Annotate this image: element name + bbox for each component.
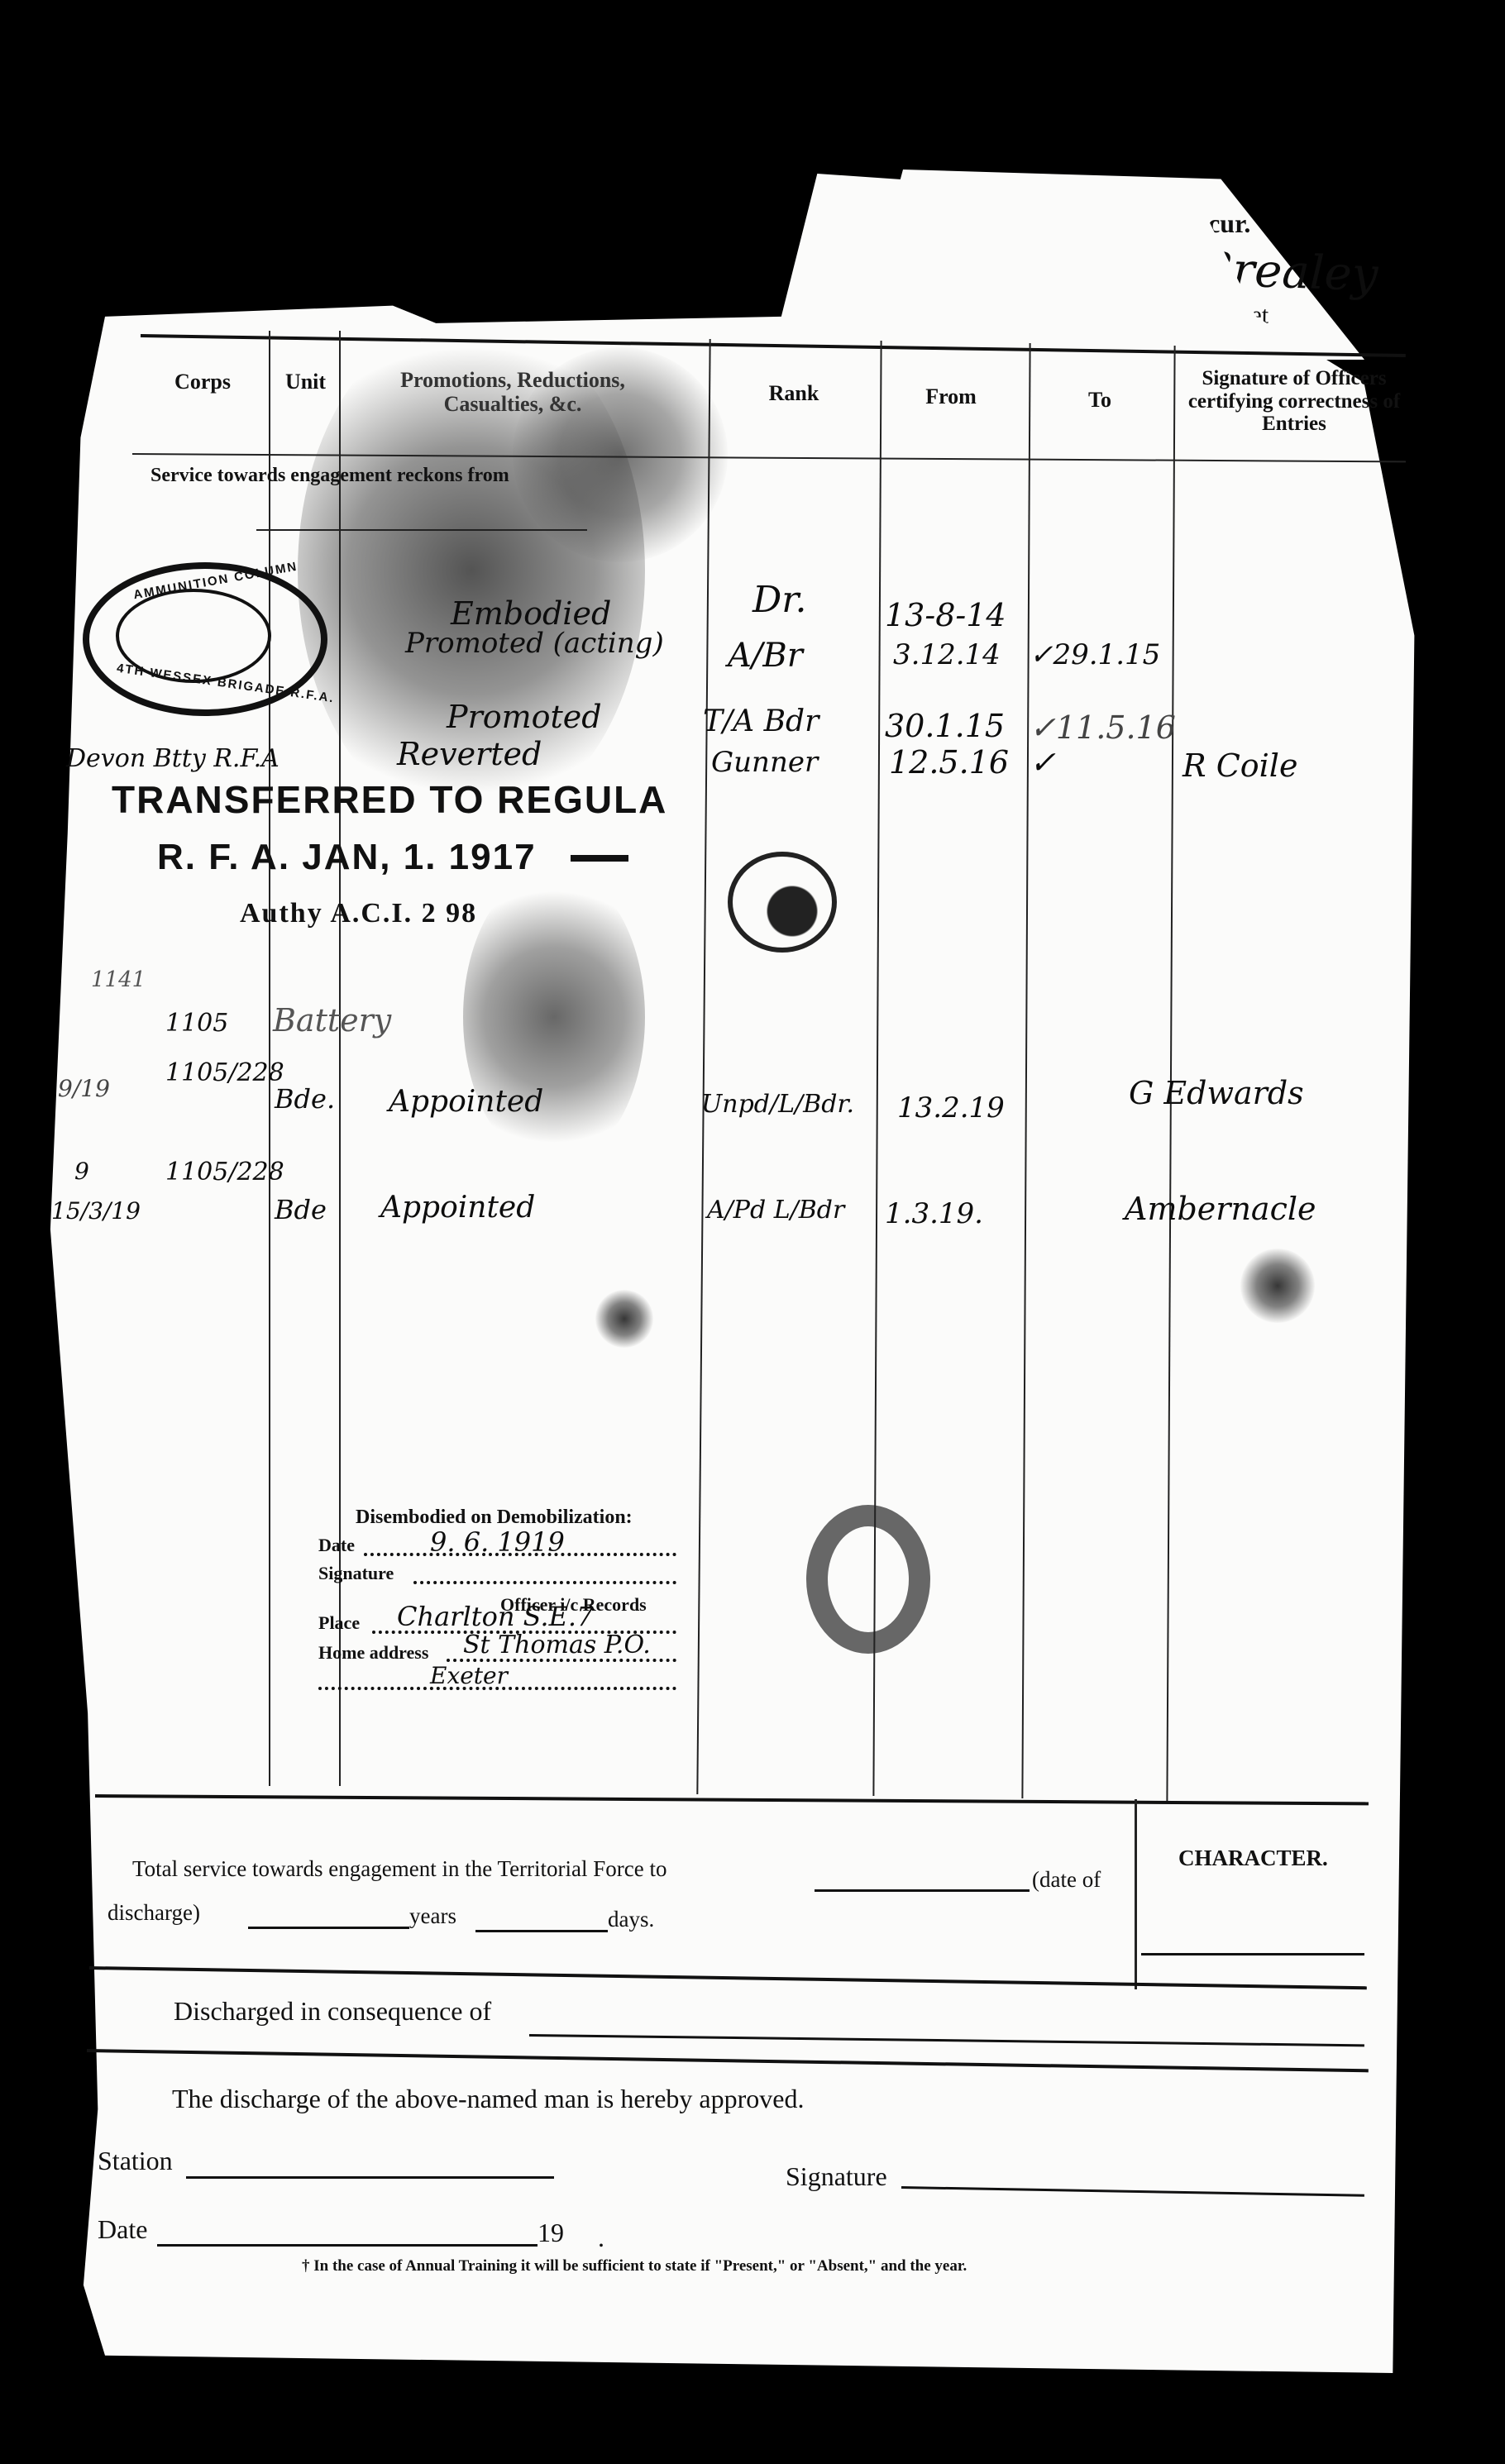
row4-corps: Devon Btty R.F.A — [66, 744, 279, 773]
row7-corps: 1105/228 — [165, 1158, 284, 1187]
service-row-label: Service towards engagement reckons from — [150, 465, 509, 487]
signature-label: Signature — [786, 2161, 887, 2192]
demob-home-field-2 — [318, 1687, 676, 1690]
discharge-label: discharge) — [107, 1900, 200, 1926]
row7-rank: A/Pd L/Bdr — [707, 1196, 844, 1225]
service-row-underline — [256, 529, 587, 531]
row4-rank: Gunner — [711, 746, 818, 779]
year-prefix: 19 — [537, 2218, 564, 2248]
transfer-stamp-line2: R. F. A. JAN, 1. 1917 — [157, 837, 537, 878]
header-unit: Unit — [275, 370, 337, 394]
row7-signature: Ambernacle — [1125, 1191, 1316, 1227]
demob-signature-field — [413, 1581, 676, 1584]
header-signature: Signature of Officers certifying correct… — [1178, 367, 1410, 436]
header-promotions: Promotions, Reductions, Casualties, &c. — [356, 369, 670, 416]
row5-unit: Battery — [273, 1002, 391, 1039]
margin-note: 15/3/19 — [51, 1197, 141, 1225]
row6-unit: Bde. — [275, 1083, 335, 1115]
ink-blot — [728, 852, 837, 953]
discharged-consequence-label: Discharged in consequence of — [174, 1996, 491, 2027]
footnote: † In the case of Annual Training it will… — [302, 2257, 967, 2275]
row5-corps: 1105 — [165, 1009, 228, 1038]
date-label: Date — [98, 2214, 147, 2245]
approval-text: The discharge of the above-named man is … — [172, 2084, 804, 2114]
row7-unit: Bde — [275, 1194, 327, 1225]
row1-from: 13-8-14 — [885, 597, 1006, 633]
days-label: days. — [608, 1907, 654, 1932]
row3-rank: T/A Bdr — [703, 704, 819, 738]
row4-signature: R Coile — [1182, 747, 1297, 784]
row3-to: ✓11.5.16 — [1030, 709, 1176, 746]
row6-rank: Unpd/L/Bdr. — [701, 1090, 854, 1119]
demob-place-label: Place — [318, 1612, 360, 1634]
character-label: CHARACTER. — [1178, 1846, 1328, 1871]
row2-event: Promoted (acting) — [405, 627, 664, 660]
demob-date-value: 9. 6. 1919 — [430, 1526, 565, 1558]
row6-event: Appointed — [389, 1085, 543, 1119]
margin-note: 9/19 — [58, 1075, 110, 1102]
ink-stain — [1240, 1249, 1315, 1323]
row3-event: Promoted — [447, 699, 602, 735]
date-of-discharge-field — [815, 1889, 1030, 1892]
demob-signature-label: Signature — [318, 1563, 394, 1584]
year-suffix: . — [598, 2223, 604, 2253]
demob-place-value: Charlton S.E.7 — [397, 1601, 593, 1632]
demob-title: Disembodied on Demobilization: — [356, 1507, 633, 1529]
row4-event: Reverted — [397, 736, 542, 772]
ink-stain — [463, 868, 645, 1166]
row2-to: ✓29.1.15 — [1030, 638, 1160, 671]
character-field — [1141, 1953, 1364, 1955]
demob-home-label: Home address — [318, 1642, 428, 1664]
header-from: From — [885, 385, 1017, 409]
margin-note: 1141 — [91, 967, 146, 992]
date-field — [157, 2244, 537, 2247]
margin-note: 9 — [74, 1158, 89, 1185]
date-of-label: (date of — [1032, 1867, 1101, 1893]
row3-from: 30.1.15 — [885, 708, 1005, 744]
total-service-text: Total service towards engagement in the … — [132, 1856, 667, 1882]
demob-home-value-2: Exeter — [430, 1662, 508, 1689]
station-field — [186, 2176, 554, 2179]
station-label: Station — [98, 2146, 173, 2176]
demob-date-label: Date — [318, 1535, 355, 1556]
ink-stain — [595, 1290, 653, 1348]
row1-rank: Dr. — [752, 579, 806, 621]
row2-rank: A/Br — [728, 637, 803, 675]
row6-corps: 1105/228 — [165, 1058, 284, 1087]
row7-event: Appointed — [380, 1191, 535, 1225]
header-rank: Rank — [719, 382, 868, 406]
row6-from: 13.2.19 — [897, 1091, 1005, 1125]
ring-stain — [806, 1505, 930, 1654]
transfer-stamp-line1: TRANSFERRED TO REGULA — [112, 777, 667, 822]
years-label: years — [409, 1903, 456, 1929]
row4-from: 12.5.16 — [889, 744, 1009, 781]
row2-from: 3.12.14 — [893, 638, 1001, 671]
header-to: To — [1034, 389, 1166, 413]
years-field — [248, 1927, 409, 1929]
demob-home-value: St Thomas P.O. — [463, 1631, 651, 1659]
row4-to: ✓ — [1030, 744, 1056, 781]
transfer-stamp-line3: Authy A.C.I. 2 98 — [240, 898, 477, 929]
row6-signature: G Edwards — [1129, 1075, 1304, 1111]
row7-from: 1.3.19. — [885, 1197, 983, 1230]
character-divider — [1135, 1799, 1137, 1989]
days-field — [475, 1930, 608, 1932]
header-corps: Corps — [153, 370, 252, 394]
arrow-mark — [571, 855, 628, 862]
